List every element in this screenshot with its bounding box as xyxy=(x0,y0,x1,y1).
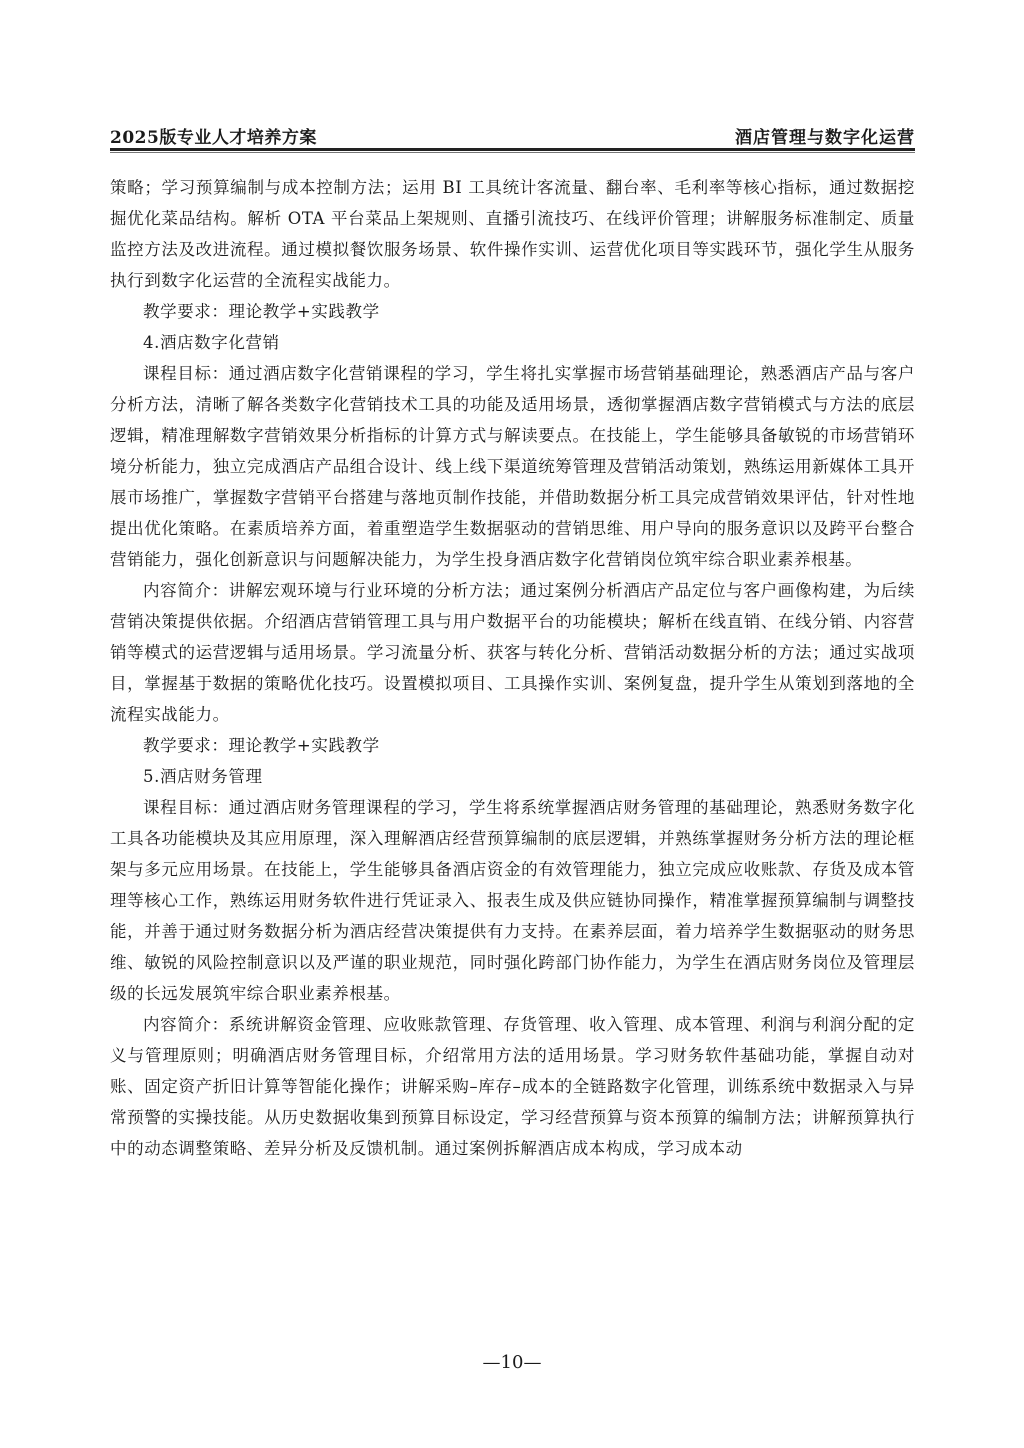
header-document-title: 2025版专业人才培养方案 xyxy=(110,123,317,148)
section-heading-digital-marketing: 4.酒店数字化营销 xyxy=(110,327,915,358)
course-objective-paragraph: 课程目标：通过酒店数字化营销课程的学习，学生将扎实掌握市场营销基础理论，熟悉酒店… xyxy=(110,358,915,575)
header-rule-thin xyxy=(110,152,915,153)
teaching-requirement: 教学要求：理论教学+实践教学 xyxy=(110,730,915,761)
course-objective-paragraph: 课程目标：通过酒店财务管理课程的学习，学生将系统掌握酒店财务管理的基础理论，熟悉… xyxy=(110,792,915,1009)
section-heading-financial-management: 5.酒店财务管理 xyxy=(110,761,915,792)
header-program-name: 酒店管理与数字化运营 xyxy=(735,123,915,148)
page-number: —10— xyxy=(0,1352,1024,1373)
page-body: 策略；学习预算编制与成本控制方法；运用 BI 工具统计客流量、翻台率、毛利率等核… xyxy=(110,172,915,1164)
teaching-requirement: 教学要求：理论教学+实践教学 xyxy=(110,296,915,327)
header-rule-thick xyxy=(110,148,915,151)
content-summary-paragraph: 内容简介：讲解宏观环境与行业环境的分析方法；通过案例分析酒店产品定位与客户画像构… xyxy=(110,575,915,730)
running-header: 2025版专业人才培养方案 酒店管理与数字化运营 xyxy=(110,123,915,145)
paragraph-continuation: 策略；学习预算编制与成本控制方法；运用 BI 工具统计客流量、翻台率、毛利率等核… xyxy=(110,172,915,296)
content-summary-paragraph: 内容简介：系统讲解资金管理、应收账款管理、存货管理、收入管理、成本管理、利润与利… xyxy=(110,1009,915,1164)
